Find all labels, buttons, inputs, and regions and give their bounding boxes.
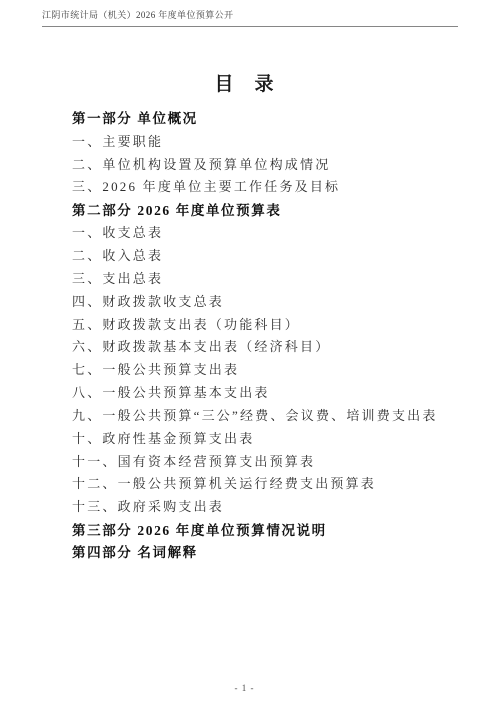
toc-entry: 一、主要职能	[72, 129, 470, 152]
toc-section-heading: 第四部分 名词解释	[72, 540, 470, 563]
header-divider-line	[42, 26, 458, 27]
toc-entry: 十三、政府采购支出表	[72, 494, 470, 517]
toc-entry: 十二、一般公共预算机关运行经费支出预算表	[72, 472, 470, 495]
toc-entry: 一、收支总表	[72, 220, 470, 243]
toc-entry: 二、单位机构设置及预算单位构成情况	[72, 152, 470, 175]
toc-entry: 九、一般公共预算“三公”经费、会议费、培训费支出表	[72, 403, 470, 426]
toc-entry: 五、财政拨款支出表（功能科目）	[72, 312, 470, 335]
toc-entry: 三、支出总表	[72, 266, 470, 289]
document-header-text: 江阴市统计局（机关）2026 年度单位预算公开	[42, 8, 233, 21]
page-number: - 1 -	[0, 683, 489, 693]
toc-section-heading: 第三部分 2026 年度单位预算情况说明	[72, 517, 470, 540]
toc-list: 第一部分 单位概况一、主要职能二、单位机构设置及预算单位构成情况三、2026 年…	[72, 106, 470, 563]
toc-entry: 三、2026 年度单位主要工作任务及目标	[72, 175, 470, 198]
toc-section-heading: 第二部分 2026 年度单位预算表	[72, 197, 470, 220]
toc-entry: 四、财政拨款收支总表	[72, 289, 470, 312]
toc-entry: 六、财政拨款基本支出表（经济科目）	[72, 334, 470, 357]
page-title: 目 录	[0, 69, 489, 96]
toc-entry: 二、收入总表	[72, 243, 470, 266]
toc-section-heading: 第一部分 单位概况	[72, 106, 470, 129]
toc-entry: 十、政府性基金预算支出表	[72, 426, 470, 449]
toc-entry: 十一、国有资本经营预算支出预算表	[72, 449, 470, 472]
toc-entry: 八、一般公共预算基本支出表	[72, 380, 470, 403]
document-page: 江阴市统计局（机关）2026 年度单位预算公开 目 录 第一部分 单位概况一、主…	[0, 0, 500, 707]
toc-entry: 七、一般公共预算支出表	[72, 357, 470, 380]
